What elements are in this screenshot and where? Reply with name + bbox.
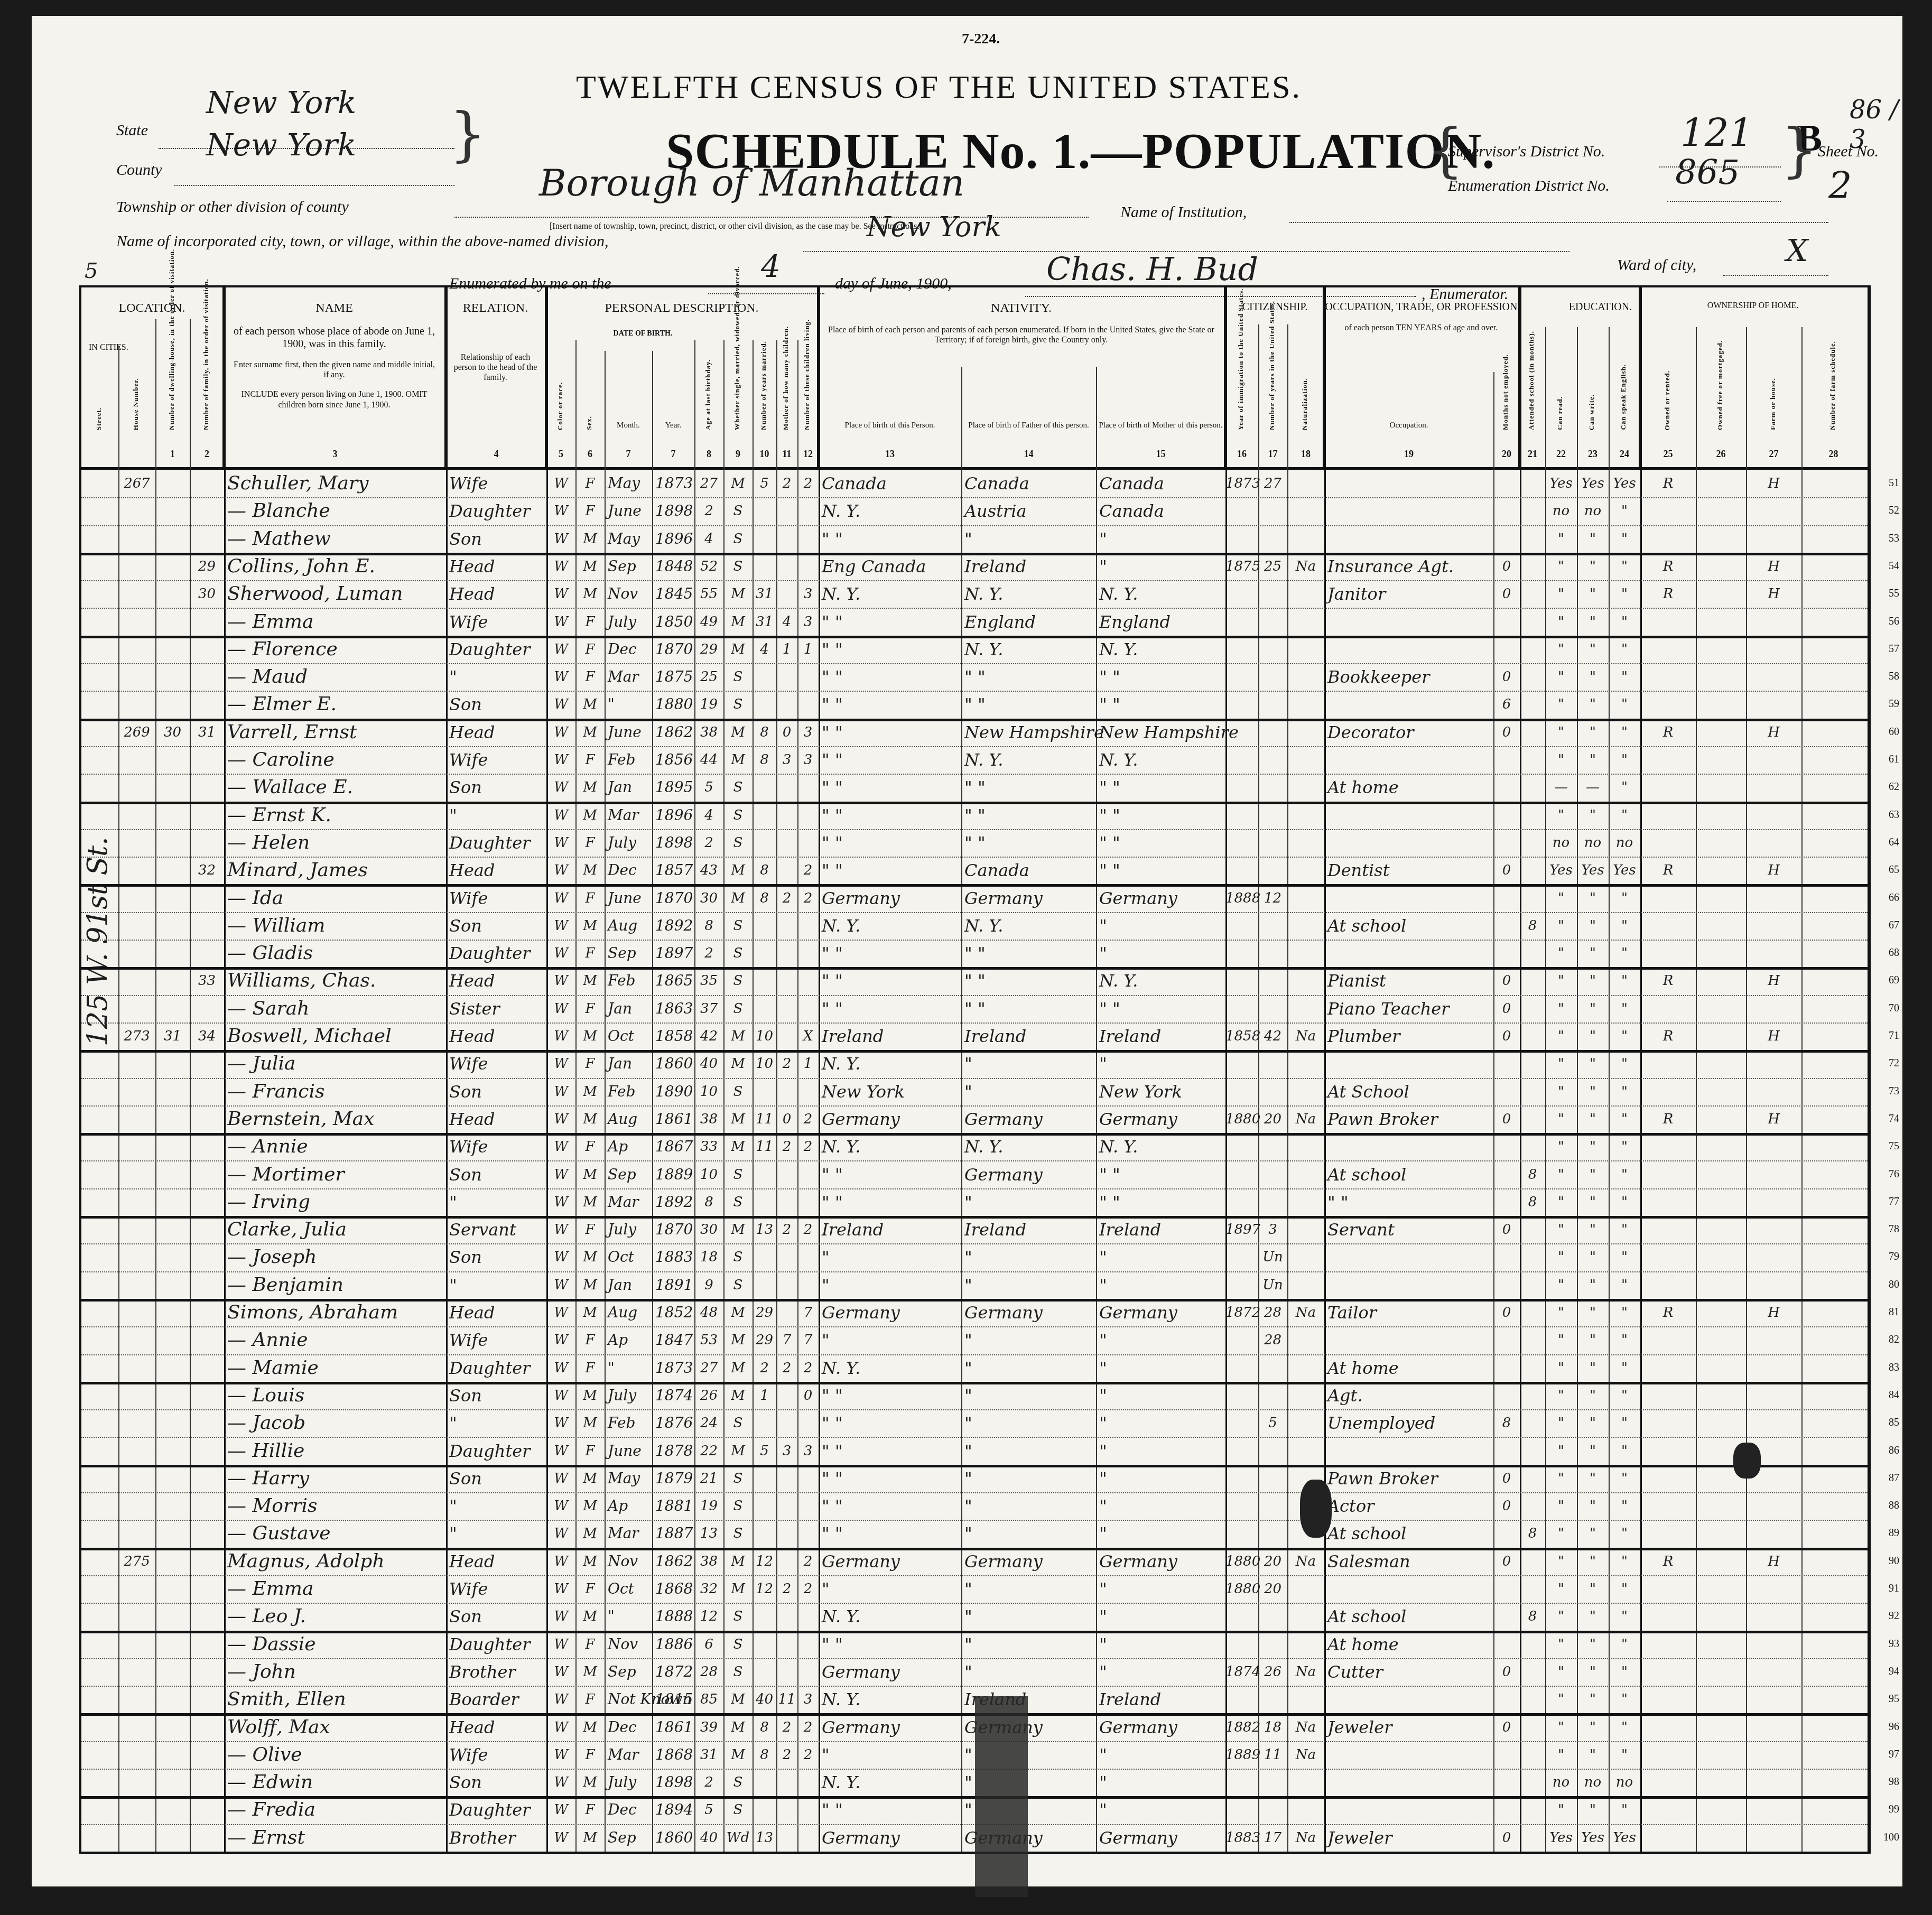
cell-occ: At home [1327, 1356, 1492, 1380]
cell-father-birth: " [964, 1052, 1095, 1075]
cell-unemp: 0 [1493, 1660, 1520, 1684]
township-label: Township or other division of county [116, 198, 349, 216]
cell-farm: H [1746, 859, 1801, 882]
cell-age: 27 [694, 472, 723, 495]
cell-name: — Wallace E. [227, 776, 445, 799]
cell-sex: M [575, 1660, 605, 1684]
cell-english: " [1609, 1743, 1640, 1767]
cell-father-birth: Canada [964, 859, 1095, 882]
cell-mother-of: 2 [776, 1135, 797, 1158]
cell-read: no [1545, 499, 1577, 523]
state-label: State [116, 122, 148, 140]
cell-marital: S [723, 804, 753, 827]
cell-father-birth: N. Y. [964, 1135, 1095, 1158]
cell-year: 1860 [655, 1826, 693, 1849]
cell-rel: Head [449, 1025, 545, 1048]
cell-sex: M [575, 1191, 605, 1214]
cell-birth: " " [822, 942, 960, 965]
cell-age: 40 [694, 1052, 723, 1075]
cell-english: " [1609, 887, 1640, 910]
county-label: County [116, 161, 162, 179]
cell-mother-birth: " [1099, 1384, 1224, 1407]
cell-read: " [1545, 1411, 1577, 1435]
ward-value: X [1786, 233, 1808, 268]
cell-color: W [546, 1191, 575, 1214]
cell-rel: Son [449, 1605, 545, 1628]
cell-birth: " " [822, 831, 960, 854]
cell-yrs-us: 28 [1258, 1328, 1287, 1352]
cell-occ: Pawn Broker [1327, 1108, 1492, 1131]
cell-sex: M [575, 527, 605, 551]
cell-father-birth: " [964, 1522, 1095, 1545]
cell-year: 1863 [655, 997, 693, 1020]
line-number: 64 [1889, 836, 1899, 849]
cell-name: — Mamie [227, 1356, 445, 1380]
cell-marital: M [723, 1052, 753, 1075]
cell-name: — Edwin [227, 1771, 445, 1794]
cell-month: Feb [608, 748, 651, 771]
cell-marital: M [723, 1025, 753, 1048]
cell-occ: Bookkeeper [1327, 665, 1492, 689]
column-header-sex: Sex. [585, 416, 593, 430]
table-row: 95Smith, EllenBoarderWFNot Known181585M4… [81, 1686, 1868, 1716]
cell-father-birth: Canada [964, 472, 1095, 495]
column-number: 2 [190, 449, 224, 460]
cell-birth: " " [822, 1522, 960, 1545]
cell-age: 28 [694, 1660, 723, 1684]
cell-year: 1889 [655, 1163, 693, 1186]
cell-month: Jan [608, 997, 651, 1020]
cell-birth: " [822, 1743, 960, 1767]
cell-year: 1898 [655, 499, 693, 523]
cell-read: " [1545, 665, 1577, 689]
line-number: 79 [1889, 1251, 1899, 1263]
cell-mother-birth: Ireland [1099, 1218, 1224, 1241]
cell-father-birth: Germany [964, 1163, 1095, 1186]
relation-heading: RELATION. [446, 301, 545, 315]
table-row: 5530Sherwood, LumanHeadWMNov184555M313N.… [81, 580, 1868, 609]
line-number: 90 [1889, 1555, 1899, 1567]
cell-natur: Na [1287, 1743, 1324, 1767]
cell-name: Bernstein, Max [227, 1108, 445, 1131]
cell-month: Oct [608, 1245, 651, 1269]
cell-year: 1887 [655, 1522, 693, 1545]
cell-year: 1861 [655, 1716, 693, 1739]
cell-yrs-married: 2 [753, 1356, 776, 1380]
cell-birth: Germany [822, 1108, 960, 1131]
cell-unemp: 8 [1493, 1411, 1520, 1435]
cell-color: W [546, 638, 575, 661]
cell-mother-birth: " " [1099, 831, 1224, 854]
cell-yrs-us: 5 [1258, 1411, 1287, 1435]
cell-birth: N. Y. [822, 582, 960, 606]
cell-age: 42 [694, 1025, 723, 1048]
cell-rel: Daughter [449, 1633, 545, 1656]
cell-age: 4 [694, 804, 723, 827]
line-number: 76 [1889, 1168, 1899, 1180]
cell-mother-birth: " [1099, 1577, 1224, 1601]
cell-write: " [1577, 1550, 1609, 1573]
cell-birth: N. Y. [822, 1052, 960, 1075]
cell-yrs-us: 25 [1258, 555, 1287, 578]
cell-immig: 1882 [1225, 1716, 1258, 1739]
cell-mother-birth: " " [1099, 1191, 1224, 1214]
cell-marital: S [723, 1163, 753, 1186]
cell-rel: Wife [449, 1052, 545, 1075]
table-row: 100— ErnstBrotherWMSep186040Wd13GermanyG… [81, 1824, 1868, 1854]
cell-write: " [1577, 1494, 1609, 1518]
cell-name: — Mathew [227, 527, 445, 551]
cell-english: " [1609, 665, 1640, 689]
cell-name: Collins, John E. [227, 555, 445, 578]
column-number: 21 [1520, 449, 1545, 460]
cell-sex: M [575, 1605, 605, 1628]
cell-sex: F [575, 1743, 605, 1767]
cell-read: " [1545, 1798, 1577, 1821]
brace-sheet: } [1781, 116, 1818, 184]
group-occupation: OCCUPATION, TRADE, OR PROFESSION of each… [1324, 287, 1520, 467]
cell-father-birth: Germany [964, 1550, 1095, 1573]
cell-sex: F [575, 1356, 605, 1380]
cell-rel: " [449, 1494, 545, 1518]
cell-read: Yes [1545, 472, 1577, 495]
cell-mother-birth: " [1099, 1798, 1224, 1821]
cell-yrs-married: 31 [753, 582, 776, 606]
cell-yrs-us: Un [1258, 1245, 1287, 1269]
cell-farm: H [1746, 555, 1801, 578]
line-number: 85 [1889, 1417, 1899, 1429]
cell-year: 1852 [655, 1301, 693, 1324]
cell-read: " [1545, 1660, 1577, 1684]
cell-name: — Morris [227, 1494, 445, 1518]
cell-month: Mar [608, 1522, 651, 1545]
cell-father-birth: " [964, 1191, 1095, 1214]
cell-birth: Germany [822, 887, 960, 910]
cell-color: W [546, 1135, 575, 1158]
cell-yrs-us: 28 [1258, 1301, 1287, 1324]
cell-sex: F [575, 665, 605, 689]
cell-english: " [1609, 804, 1640, 827]
cell-natur: Na [1287, 1301, 1324, 1324]
table-header: LOCATION. IN CITIES. NAME of each person… [81, 287, 1868, 470]
table-row: 84— LouisSonWMJuly187426M10" """Agt.""" [81, 1382, 1868, 1410]
table-row: 72— JuliaWifeWFJan186040M1021N. Y.""""" [81, 1050, 1868, 1079]
cell-mother-birth: " [1099, 1411, 1224, 1435]
line-marker: 5 [85, 259, 98, 283]
cell-month: Aug [608, 1108, 651, 1131]
cell-farm: H [1746, 1550, 1801, 1573]
column-number: 14 [961, 449, 1096, 460]
cell-living: 3 [797, 610, 819, 634]
cell-rel: Brother [449, 1660, 545, 1684]
line-number: 51 [1889, 477, 1899, 489]
cell-year: 1858 [655, 1025, 693, 1048]
cell-year: 1873 [655, 472, 693, 495]
cell-mother-birth: N. Y. [1099, 638, 1224, 661]
cell-color: W [546, 499, 575, 523]
cell-birth: " [822, 1273, 960, 1297]
cell-fam: 34 [190, 1025, 224, 1048]
township-value: Borough of Manhattan [539, 161, 964, 204]
line-number: 67 [1889, 919, 1899, 932]
brace-left: } [449, 100, 486, 168]
cell-birth: N. Y. [822, 499, 960, 523]
table-row: 68— GladisDaughterWFSep18972S" "" """"" [81, 940, 1868, 970]
cell-fam: 32 [190, 859, 224, 882]
column-number: 5 [546, 449, 575, 460]
cell-year: 1875 [655, 665, 693, 689]
cell-yrs-us: 17 [1258, 1826, 1287, 1849]
table-row: 67— WilliamSonWMAug18928SN. Y.N. Y."At s… [81, 912, 1868, 941]
cell-write: " [1577, 638, 1609, 661]
cell-month: Feb [608, 1411, 651, 1435]
cell-month: June [608, 499, 651, 523]
cell-own: R [1640, 1025, 1696, 1048]
cell-month: Not Known [608, 1688, 651, 1711]
cell-rel: Wife [449, 1743, 545, 1767]
cell-mother-birth: " [1099, 914, 1224, 937]
cell-age: 18 [694, 1245, 723, 1269]
cell-own: R [1640, 582, 1696, 606]
cell-year: 1890 [655, 1080, 693, 1103]
column-header-birth: Place of birth of this Person. [819, 421, 961, 430]
cell-write: " [1577, 693, 1609, 716]
cell-rel: Daughter [449, 1356, 545, 1380]
cell-father-birth: " [964, 1245, 1095, 1269]
cell-read: " [1545, 1135, 1577, 1158]
cell-year: 1861 [655, 1108, 693, 1131]
cell-year: 1881 [655, 1494, 693, 1518]
cell-birth: " " [822, 527, 960, 551]
cell-read: " [1545, 1328, 1577, 1352]
cell-english: " [1609, 1135, 1640, 1158]
cell-sex: M [575, 969, 605, 992]
column-number: 17 [1258, 449, 1287, 460]
cell-english: " [1609, 748, 1640, 771]
cell-english: " [1609, 1660, 1640, 1684]
cell-marital: S [723, 997, 753, 1020]
cell-mother-of: 2 [776, 1577, 797, 1601]
cell-birth: " " [822, 610, 960, 634]
cell-immig: 1883 [1225, 1826, 1258, 1849]
cell-color: W [546, 1080, 575, 1103]
table-row: 63— Ernst K."WMMar18964S" "" "" """" [81, 802, 1868, 830]
cell-read: " [1545, 1301, 1577, 1324]
in-cities-heading: IN CITIES. [81, 343, 222, 352]
cell-rel: Sister [449, 997, 545, 1020]
cell-name: — William [227, 914, 445, 937]
cell-unemp: 0 [1493, 1550, 1520, 1573]
cell-birth: " " [822, 1633, 960, 1656]
cell-write: Yes [1577, 859, 1609, 882]
cell-name: — Jacob [227, 1411, 445, 1435]
cell-read: " [1545, 804, 1577, 827]
cell-english: " [1609, 1716, 1640, 1739]
line-number: 100 [1883, 1832, 1899, 1844]
cell-sex: F [575, 887, 605, 910]
cell-age: 13 [694, 1522, 723, 1545]
cell-mother-birth: Germany [1099, 887, 1224, 910]
cell-living: 2 [797, 1577, 819, 1601]
ward-line [1723, 275, 1828, 276]
cell-father-birth: " " [964, 942, 1095, 965]
table-row: 82— AnnieWifeWFAp184753M2977"""28""" [81, 1326, 1868, 1355]
cell-age: 38 [694, 721, 723, 744]
line-number: 95 [1889, 1693, 1899, 1705]
cell-age: 19 [694, 693, 723, 716]
cell-read: " [1545, 748, 1577, 771]
cell-write: " [1577, 969, 1609, 992]
cell-age: 5 [694, 776, 723, 799]
cell-age: 26 [694, 1384, 723, 1407]
cell-rel: Son [449, 693, 545, 716]
group-name: NAME of each person whose place of abode… [224, 287, 446, 467]
cell-father-birth: " [964, 1577, 1095, 1601]
cell-father-birth: Germany [964, 887, 1095, 910]
cell-age: 38 [694, 1550, 723, 1573]
cell-color: W [546, 1522, 575, 1545]
cell-farm: H [1746, 582, 1801, 606]
cell-unemp: 0 [1493, 665, 1520, 689]
cell-mother-birth: " [1099, 1245, 1224, 1269]
cell-sex: M [575, 776, 605, 799]
cell-immig: 1858 [1225, 1025, 1258, 1048]
cell-year: 1848 [655, 555, 693, 578]
column-number: 7 [605, 449, 652, 460]
line-number: 70 [1889, 1002, 1899, 1015]
cell-school: 8 [1520, 1605, 1545, 1628]
cell-living: 2 [797, 1135, 819, 1158]
cell-color: W [546, 1660, 575, 1684]
population-table: LOCATION. IN CITIES. NAME of each person… [79, 285, 1871, 1854]
city-label: Name of incorporated city, town, or vill… [116, 233, 609, 250]
cell-father-birth: Austria [964, 499, 1095, 523]
table-row: 93— DassieDaughterWFNov18866S" """At hom… [81, 1631, 1868, 1659]
line-number: 62 [1889, 781, 1899, 793]
cell-marital: S [723, 555, 753, 578]
cell-marital: M [723, 582, 753, 606]
cell-color: W [546, 1826, 575, 1849]
cell-read: " [1545, 1494, 1577, 1518]
cell-unemp: 0 [1493, 1826, 1520, 1849]
cell-year: 1873 [655, 1356, 693, 1380]
cell-yrs-married: 8 [753, 1743, 776, 1767]
cell-rel: Head [449, 1716, 545, 1739]
cell-sex: F [575, 1633, 605, 1656]
cell-name: — Sarah [227, 997, 445, 1020]
line-number: 87 [1889, 1472, 1899, 1484]
cell-english: " [1609, 1384, 1640, 1407]
cell-write: " [1577, 997, 1609, 1020]
cell-occ: Cutter [1327, 1660, 1492, 1684]
cell-sex: M [575, 555, 605, 578]
cell-yrs-married: 13 [753, 1218, 776, 1241]
ink-smudge [975, 1696, 1028, 1897]
column-header-school: Attended school (in months). [1527, 331, 1536, 430]
cell-farm: H [1746, 472, 1801, 495]
cell-write: no [1577, 1771, 1609, 1794]
table-row: 79— JosephSonWMOct188318S"""Un""" [81, 1243, 1868, 1272]
cell-english: " [1609, 1328, 1640, 1352]
cell-write: " [1577, 1467, 1609, 1490]
cell-age: 12 [694, 1605, 723, 1628]
cell-dwell: 31 [155, 1025, 190, 1048]
cell-month: June [608, 887, 651, 910]
cell-write: " [1577, 804, 1609, 827]
cell-birth: " " [822, 1798, 960, 1821]
cell-write: " [1577, 1743, 1609, 1767]
cell-sex: M [575, 1771, 605, 1794]
cell-age: 2 [694, 942, 723, 965]
cell-marital: M [723, 1550, 753, 1573]
cell-yrs-us: 42 [1258, 1025, 1287, 1048]
cell-write: " [1577, 1301, 1609, 1324]
cell-mother-of: 3 [776, 1439, 797, 1463]
cell-month: July [608, 1771, 651, 1794]
cell-birth: " " [822, 748, 960, 771]
cell-read: " [1545, 1245, 1577, 1269]
line-number: 56 [1889, 616, 1899, 628]
cell-write: " [1577, 1328, 1609, 1352]
cell-yrs-us: 3 [1258, 1218, 1287, 1241]
cell-marital: S [723, 665, 753, 689]
cell-yrs-married: 5 [753, 1439, 776, 1463]
cell-sex: M [575, 1025, 605, 1048]
cell-name: — Helen [227, 831, 445, 854]
cell-marital: S [723, 499, 753, 523]
table-row: 6933Williams, Chas.HeadWMFeb186535S" "" … [81, 967, 1868, 996]
cell-rel: Wife [449, 1328, 545, 1352]
cell-read: " [1545, 527, 1577, 551]
column-header-mort: Owned free or mortgaged. [1716, 340, 1724, 430]
cell-unemp: 0 [1493, 969, 1520, 992]
cell-house: 267 [118, 472, 155, 495]
cell-mother-birth: " [1099, 1743, 1224, 1767]
cell-english: no [1609, 1771, 1640, 1794]
cell-name: — Blanche [227, 499, 445, 523]
cell-house: 269 [118, 721, 155, 744]
table-row: 87— HarrySonWMMay187921S" """Pawn Broker… [81, 1465, 1868, 1493]
cell-mother-birth: Ireland [1099, 1025, 1224, 1048]
cell-year: 1850 [655, 610, 693, 634]
column-header-mother-birth: Place of birth of Mother of this person. [1096, 421, 1225, 430]
dob-heading: DATE OF BIRTH. [605, 330, 681, 338]
cell-mother-birth: N. Y. [1099, 1135, 1224, 1158]
cell-sex: M [575, 1826, 605, 1849]
cell-write: " [1577, 748, 1609, 771]
cell-mother-of: 2 [776, 1743, 797, 1767]
cell-marital: S [723, 831, 753, 854]
cell-marital: S [723, 1080, 753, 1103]
ink-blot [1300, 1480, 1332, 1538]
table-row: 61— CarolineWifeWFFeb185644M833" "N. Y.N… [81, 746, 1868, 775]
cell-marital: S [723, 1522, 753, 1545]
cell-color: W [546, 555, 575, 578]
cell-occ: Insurance Agt. [1327, 555, 1492, 578]
cell-occ: Pianist [1327, 969, 1492, 992]
cell-house: 273 [118, 1025, 155, 1048]
cell-rel: Head [449, 859, 545, 882]
cell-father-birth: England [964, 610, 1095, 634]
cell-rel: Brother [449, 1826, 545, 1849]
cell-name: Sherwood, Luman [227, 582, 445, 606]
cell-rel: " [449, 1411, 545, 1435]
cell-yrs-us: 20 [1258, 1550, 1287, 1573]
cell-yrs-married: 10 [753, 1025, 776, 1048]
cell-mother-of: 4 [776, 610, 797, 634]
cell-month: July [608, 831, 651, 854]
cell-birth: " " [822, 1163, 960, 1186]
